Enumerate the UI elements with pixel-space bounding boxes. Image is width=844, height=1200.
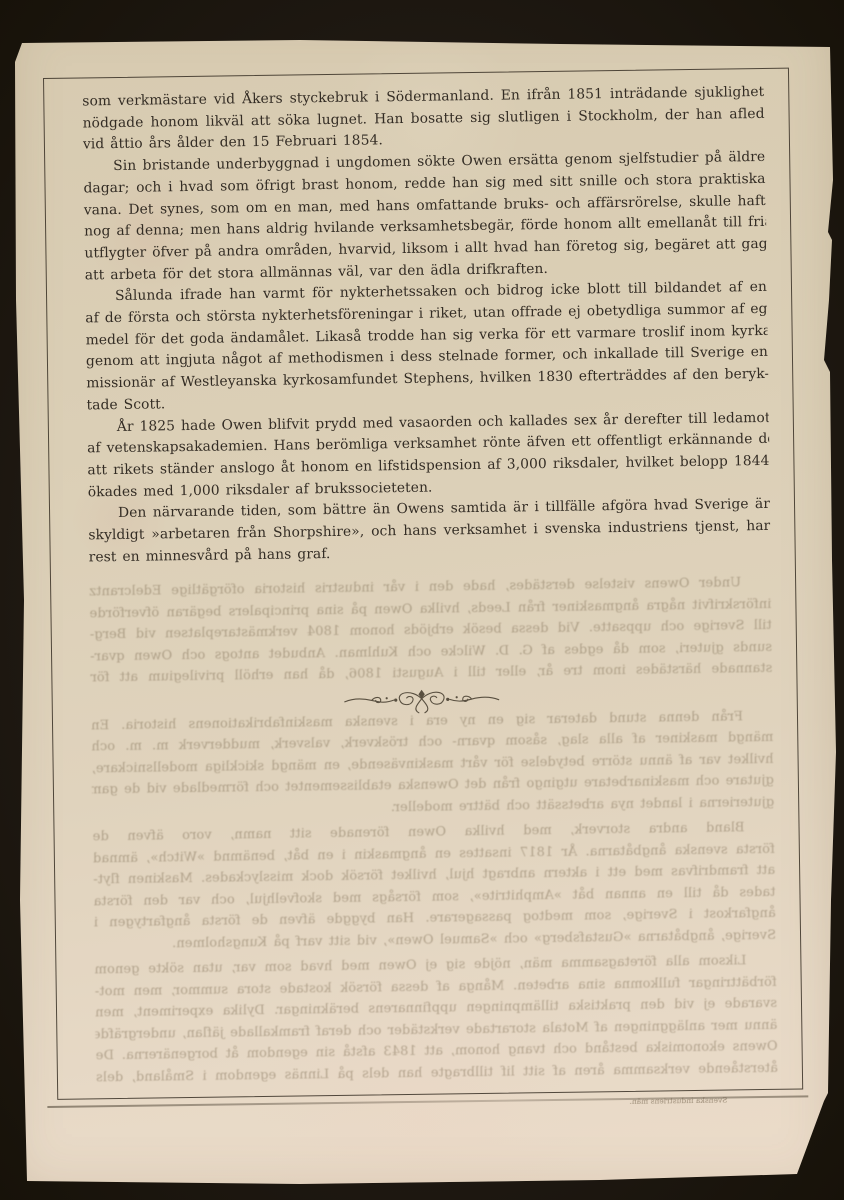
verso-bleedthrough-text: Under Owens vistelse derstädes, hade den…: [89, 572, 778, 1088]
paper-page: som verkmästare vid Åkers styckebruk i S…: [0, 0, 844, 1200]
flourish-icon: [342, 685, 502, 717]
bleedthrough-block: Under Owens vistelse derstädes, hade den…: [89, 572, 772, 689]
paragraph: Sin bristande underbyggnad i ungdomen sö…: [83, 147, 767, 287]
page-rotation-wrapper: som verkmästare vid Åkers styckebruk i S…: [43, 68, 803, 1100]
bleedthrough-block: Bland andra storverk, med hvilka Owen fö…: [92, 817, 776, 956]
main-text-block: som verkmästare vid Åkers styckebruk i S…: [44, 69, 795, 570]
end-flourish-ornament: [342, 685, 502, 715]
bleedthrough-block: Från denna stund daterar sig en ny era i…: [91, 705, 774, 822]
series-title-bleedthrough: Svenska industriens män.: [632, 1096, 727, 1106]
paragraph: År 1825 hade Owen blifvit prydd med vasa…: [87, 407, 770, 503]
paragraph: Sålunda ifrade han varmt för nykterhetss…: [85, 277, 769, 417]
page-border-frame: som verkmästare vid Åkers styckebruk i S…: [43, 68, 803, 1100]
bleedthrough-block: Liksom alla företagsamma män, nöjde sig …: [94, 950, 778, 1089]
scanner-background: som verkmästare vid Åkers styckebruk i S…: [0, 0, 844, 1200]
paragraph: som verkmästare vid Åkers styckebruk i S…: [82, 82, 765, 157]
paragraph: Den närvarande tiden, som bättre än Owen…: [88, 494, 771, 569]
